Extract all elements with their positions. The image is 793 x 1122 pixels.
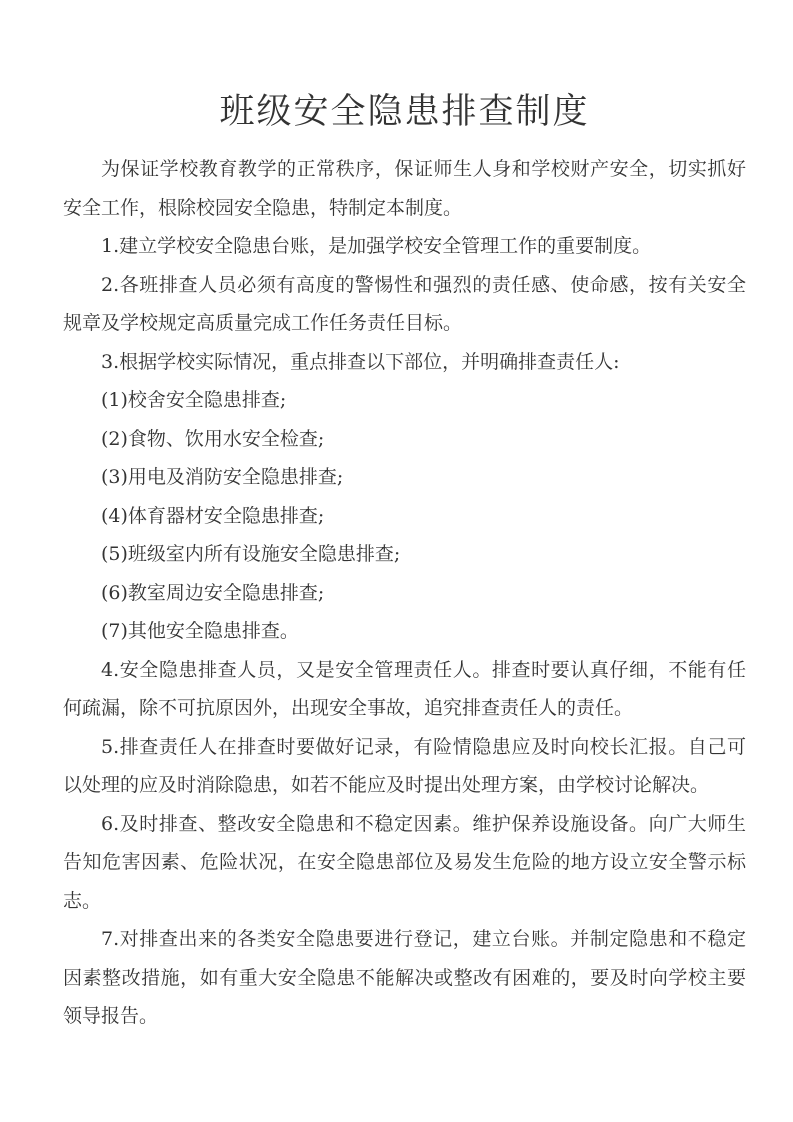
sub-list-item-1: (1)校舍安全隐患排查; [63,381,746,420]
sub-list-item-7: (7)其他安全隐患排查。 [63,612,746,651]
list-item-6: 6.及时排查、整改安全隐患和不稳定因素。维护保养设施设备。向广大师生告知危害因素… [63,805,746,921]
sub-list-item-4: (4)体育器材安全隐患排查; [63,497,746,536]
sub-list-item-6: (6)教室周边安全隐患排查; [63,574,746,613]
list-item-5: 5.排查责任人在排查时要做好记录，有险情隐患应及时向校长汇报。自己可以处理的应及… [63,728,746,805]
sub-list-item-2: (2)食物、饮用水安全检查; [63,420,746,459]
list-item-1: 1.建立学校安全隐患台账，是加强学校安全管理工作的重要制度。 [63,227,746,266]
sub-list-item-3: (3)用电及消防安全隐患排查; [63,458,746,497]
document-page: 班级安全隐患排查制度 为保证学校教育教学的正常秩序，保证师生人身和学校财产安全，… [0,0,793,1122]
sub-list-item-5: (5)班级室内所有设施安全隐患排查; [63,535,746,574]
paragraph-intro: 为保证学校教育教学的正常秩序，保证师生人身和学校财产安全，切实抓好安全工作，根除… [63,150,746,227]
list-item-3: 3.根据学校实际情况，重点排查以下部位，并明确排查责任人: [63,343,746,382]
list-item-4: 4.安全隐患排查人员，又是安全管理责任人。排查时要认真仔细，不能有任何疏漏，除不… [63,651,746,728]
list-item-2: 2.各班排查人员必须有高度的警惕性和强烈的责任感、使命感，按有关安全规章及学校规… [63,266,746,343]
list-item-7: 7.对排查出来的各类安全隐患要进行登记，建立台账。并制定隐患和不稳定因素整改措施… [63,920,746,1036]
document-title: 班级安全隐患排查制度 [63,90,746,135]
